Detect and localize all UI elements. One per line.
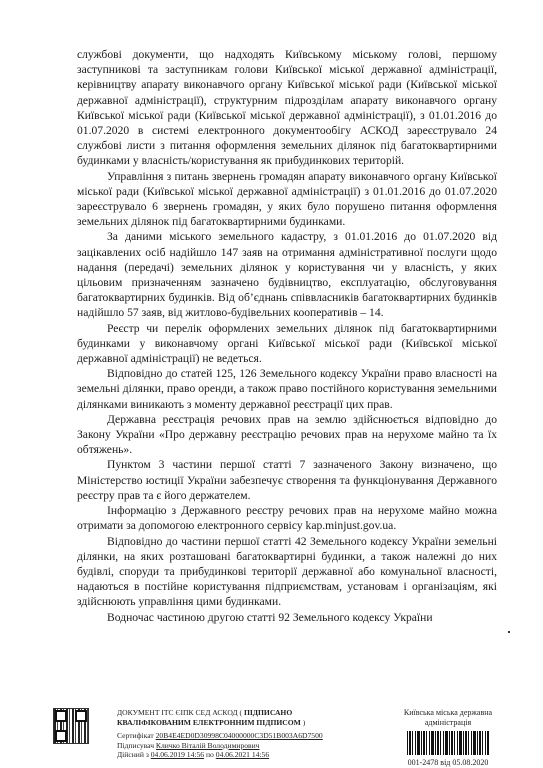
paragraph: Відповідно до частини першої статті 42 З… [77,534,497,610]
registration-stamp: Київська міська державна адміністрація 0… [378,708,518,768]
paragraph: За даними міського земельного кадастру, … [77,229,497,320]
signature-title: ДОКУМЕНТ ІТС ЄІПК СЕД АСКОД ( ПІДПИСАНО … [117,708,357,727]
certificate-line: Сертифікат 20B4E4ED0D30998C04000000C3D51… [117,731,357,741]
document-body: службові документи, що надходять Київськ… [77,47,497,625]
certificate-id: 20B4E4ED0D30998C04000000C3D51B003A6D7500 [156,731,323,740]
qr-finder-pattern [55,730,67,742]
barcode-icon [407,731,489,755]
registration-number: 001-2478 від 05.08.2020 [378,758,518,768]
valid-to: 04.06.2021 14:56 [216,750,269,759]
signature-type: КВАЛІФІКОВАНИМ ЕЛЕКТРОННИМ ПІДПИСОМ [117,718,301,727]
paragraph: Управління з питань звернень громадян ап… [77,169,497,230]
paragraph: Відповідно до статей 125, 126 Земельного… [77,366,497,412]
stamp-org-line-1: Київська міська державна [378,708,518,718]
paragraph: Державна реєстрація речових прав на земл… [77,412,497,458]
paragraph: Реєстр чи перелік оформлених земельних д… [77,321,497,367]
signer-line: Підписувач Кличко Віталій Володимирович [117,741,357,751]
signature-status: ПІДПИСАНО [244,708,292,717]
validity-line: Дійсний з 04.06.2019 14:56 по 04.06.2021… [117,750,357,760]
valid-from: 04.06.2019 14:56 [151,750,204,759]
paragraph: Інформацію з Державного реєстру речових … [77,503,497,533]
scan-dot [508,631,510,633]
signer-name: Кличко Віталій Володимирович [156,741,260,750]
stamp-org-line-2: адміністрація [378,718,518,728]
qr-code-icon [53,708,89,744]
electronic-signature-block: ДОКУМЕНТ ІТС ЄІПК СЕД АСКОД ( ПІДПИСАНО … [117,708,357,760]
paragraph: Водночас частиною другою статті 92 Земел… [77,610,497,625]
paragraph: Пунктом 3 частини першої статті 7 зазнач… [77,457,497,503]
paragraph: службові документи, що надходять Київськ… [77,47,497,169]
